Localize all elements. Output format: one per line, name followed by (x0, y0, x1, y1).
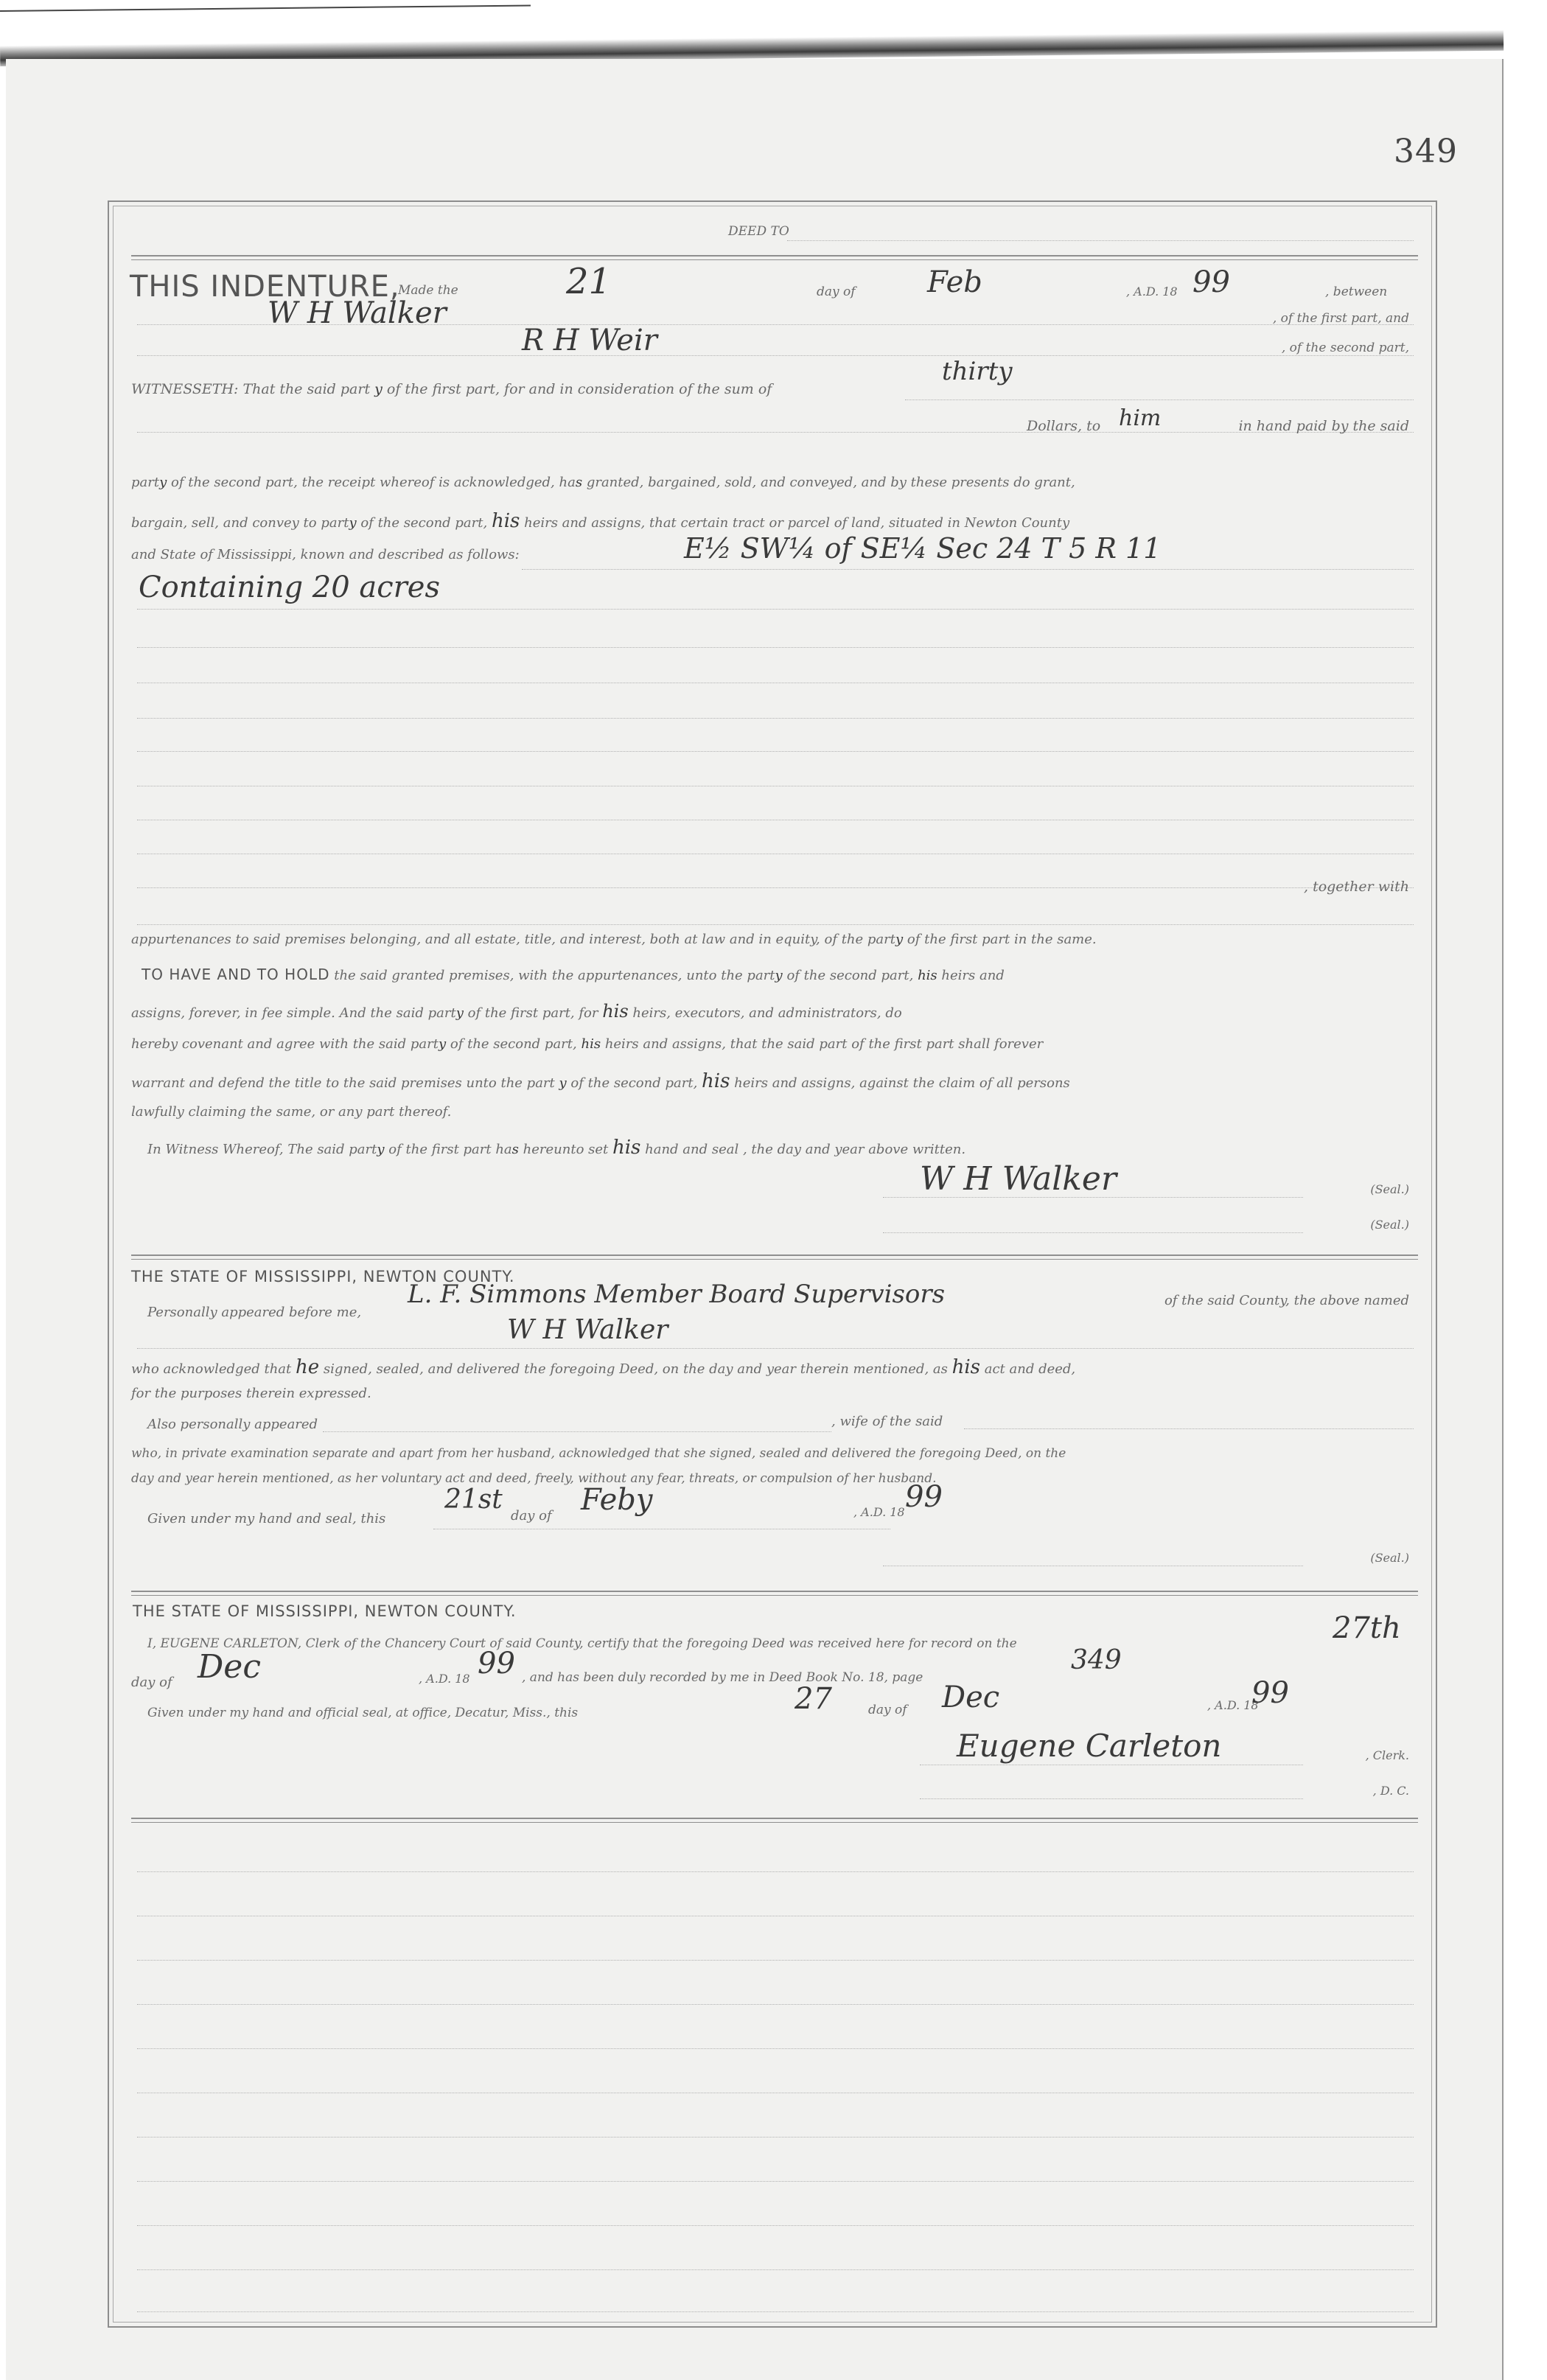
wife-of-label: , wife of the said (831, 1414, 943, 1429)
description-line-1 (522, 569, 1414, 570)
acknowledged-mid: signed, sealed, and delivered the forego… (324, 1361, 948, 1377)
assigns-mid: of the first part, for (468, 1005, 598, 1021)
wife-of-line (964, 1428, 1414, 1429)
dc-label: , D. C. (1373, 1784, 1409, 1798)
cert-given-day-field: 27 (795, 1682, 832, 1716)
line3-suffix: granted, bargained, sold, and conveyed, … (587, 475, 1030, 490)
certificate-rule (131, 1591, 1418, 1596)
acknowledgment-rule (131, 1254, 1418, 1260)
cert-ad-label: , A.D. 18 (419, 1672, 470, 1686)
land-description-field: E½ SW¼ of SE¼ Sec 24 T 5 R 11 (684, 532, 1161, 565)
day-of-label: day of (817, 285, 856, 299)
bottom-rule (131, 1818, 1418, 1823)
day-field: 21 (566, 261, 611, 302)
witnesseth-prefix: WITNESSETH: That the said part (131, 381, 370, 397)
acknowledged-prefix: who acknowledged that (131, 1361, 291, 1377)
blank-line-11 (137, 2311, 1414, 2312)
witnesseth-line-4: bargain, sell, and convey to party of th… (131, 510, 1069, 532)
received-day-field: 27th (1333, 1611, 1401, 1645)
description-line-10 (137, 887, 1414, 888)
line4-his-field: his (492, 510, 520, 532)
known-described-label: and State of Mississippi, known and desc… (131, 547, 520, 562)
grantor-signature: W H Walker (920, 1160, 1117, 1198)
description-line-4 (137, 683, 1414, 683)
also-appeared-line (323, 1431, 831, 1432)
acknowledged-he-field: he (296, 1356, 319, 1378)
assigns-part-field: y (456, 1005, 464, 1021)
deed-book-page-field: 349 (1071, 1645, 1122, 1675)
cert-given-day-of-label: day of (868, 1703, 907, 1717)
witness-his-field: his (612, 1137, 640, 1159)
line4-prefix: bargain, sell, and convey to part (131, 515, 349, 531)
clerk-signature: Eugene Carleton (957, 1728, 1221, 1764)
witnesseth-line-3: party of the second part, the receipt wh… (131, 475, 1075, 490)
acknowledged-end: act and deed, (985, 1361, 1075, 1377)
covenant-end: heirs and assigns, that the said part (605, 1036, 848, 1052)
blank-line-5 (137, 2048, 1414, 2049)
dollars-label: Dollars, to (1027, 418, 1100, 434)
warrant-end: heirs and assigns, against the claim of … (734, 1075, 1070, 1091)
second-party-field: R H Weir (522, 324, 657, 357)
lawfully-line: lawfully claiming the same, or any part … (131, 1104, 451, 1120)
description-line-7 (137, 786, 1414, 786)
year-field: 99 (1192, 265, 1230, 299)
clerk-label: , Clerk. (1366, 1748, 1409, 1762)
scan-edge-line (0, 4, 531, 12)
signature-line-2 (883, 1232, 1303, 1233)
to-have-label: TO HAVE AND TO HOLD (142, 966, 329, 983)
line3-end: grant, (1034, 475, 1075, 490)
sum-field: thirty (942, 357, 1013, 386)
deed-form-frame: DEED TO THIS INDENTURE, Made the 21 day … (108, 200, 1437, 2328)
covenant-his-field: his (581, 1036, 601, 1052)
containing-field: Containing 20 acres (139, 570, 440, 604)
witnesseth-suffix: of the first part, for and in considerat… (387, 381, 772, 397)
covenant-line: hereby covenant and agree with the said … (131, 1036, 1043, 1052)
cert-given-month-field: Dec (942, 1681, 999, 1714)
witnesseth-line-1: WITNESSETH: That the said part y of the … (131, 381, 772, 397)
made-the-label: Made the (398, 283, 458, 298)
witness-end: hand and seal , the day and year above w… (645, 1142, 965, 1157)
covenant-part-field: y (439, 1036, 446, 1052)
signature-line-1 (883, 1197, 1303, 1198)
page-number: 349 (1394, 133, 1458, 170)
line3-text: of the second part, the receipt whereof … (171, 475, 576, 490)
acknowledged-line: who acknowledged that he signed, sealed,… (131, 1356, 1075, 1378)
assigns-his-field: his (602, 1001, 628, 1022)
warrant-text: warrant and defend the title to the said… (131, 1075, 555, 1091)
received-month-field: Dec (198, 1648, 261, 1686)
ack-given-label: Given under my hand and seal, this (147, 1511, 385, 1526)
also-appeared-label: Also personally appeared (147, 1417, 318, 1432)
to-have-part-field: y (775, 968, 783, 983)
to-field: him (1119, 405, 1161, 431)
description-line-3 (137, 647, 1414, 648)
cert-day-of-label: day of (131, 1675, 172, 1690)
description-line-5 (137, 718, 1414, 719)
first-part-label: , of the first part, and (1273, 311, 1409, 326)
first-party-field: W H Walker (268, 296, 447, 330)
line3-ha-field: s (576, 475, 582, 490)
month-field: Feb (927, 265, 982, 299)
assigns-line: assigns, forever, in fee simple. And the… (131, 1001, 902, 1022)
ack-given-day-of-label: day of (511, 1508, 552, 1524)
witness-mid: of the first part ha (388, 1142, 511, 1157)
blank-line-10 (137, 2269, 1414, 2270)
cert-given-year-field: 99 (1251, 1676, 1289, 1710)
blank-line-3 (137, 1960, 1414, 1961)
cert-given-label: Given under my hand and official seal, a… (147, 1706, 578, 1720)
ack-given-line (433, 1529, 890, 1529)
seal-label-2: (Seal.) (1370, 1218, 1409, 1232)
to-have-end: heirs and (941, 968, 1004, 983)
ack-seal-line (883, 1566, 1303, 1566)
second-party-line (137, 355, 1414, 356)
ack-given-day-field: 21st (444, 1484, 503, 1515)
together-with-label: , together with (1304, 879, 1409, 895)
covenant-tail: of the first part shall forever (851, 1036, 1043, 1052)
official-field: L. F. Simmons Member Board Supervisors (408, 1280, 945, 1309)
warrant-part-field: y (559, 1075, 567, 1091)
certificate-heading: THE STATE OF MISSISSIPPI, NEWTON COUNTY. (133, 1602, 517, 1620)
grantor-line (137, 1348, 1414, 1349)
acknowledged-his-field: his (952, 1356, 980, 1378)
blank-line-4 (137, 2004, 1414, 2005)
blank-line-9 (137, 2225, 1414, 2226)
county-suffix-label: of the said County, the above named (1164, 1293, 1409, 1308)
witness-prefix: In Witness Whereof, The said part (147, 1142, 377, 1157)
deed-to-line (787, 240, 1414, 241)
witness-mid2: hereunto set (523, 1142, 609, 1157)
recorded-text: , and has been duly recorded by me in De… (522, 1670, 923, 1685)
appurtenances-line: appurtenances to said premises belonging… (131, 932, 1097, 947)
description-line-2 (137, 609, 1414, 610)
part-suffix-field: y (374, 381, 383, 397)
first-party-line (137, 324, 1414, 325)
together-line (137, 924, 1414, 925)
assigns-text: assigns, forever, in fee simple. And the… (131, 1005, 456, 1021)
covenant-text: hereby covenant and agree with the said … (131, 1036, 439, 1052)
appurtenances-part-field: y (895, 932, 903, 947)
appeared-label: Personally appeared before me, (147, 1305, 361, 1320)
in-hand-label: in hand paid by the said (1238, 418, 1409, 434)
blank-line-6 (137, 2093, 1414, 2093)
private-examination-line: who, in private examination separate and… (131, 1446, 1066, 1461)
purposes-line: for the purposes therein expressed. (131, 1386, 371, 1401)
line4-mid: of the second part, (360, 515, 487, 531)
line4-suffix: heirs and assigns, that certain tract or… (524, 515, 1069, 531)
to-have-his-field: his (918, 968, 937, 983)
ack-seal-label: (Seal.) (1370, 1551, 1409, 1565)
line3-prefix: part (131, 475, 159, 490)
description-line-6 (137, 751, 1414, 752)
witness-whereof-line: In Witness Whereof, The said party of th… (147, 1137, 965, 1159)
between-label: , between (1325, 285, 1387, 299)
description-line-8 (137, 820, 1414, 820)
dc-line (920, 1798, 1303, 1799)
description-line-9 (137, 854, 1414, 854)
to-have-line: TO HAVE AND TO HOLD the said granted pre… (142, 966, 1005, 983)
blank-line-7 (137, 2137, 1414, 2138)
sum-line-2 (137, 432, 1414, 433)
received-year-field: 99 (478, 1647, 515, 1681)
sum-line (905, 399, 1414, 400)
assigns-end: heirs, executors, and administrators, do (632, 1005, 901, 1021)
deed-to-label: DEED TO (728, 224, 789, 239)
clerk-certify-line: I, EUGENE CARLETON, Clerk of the Chancer… (147, 1636, 1017, 1651)
appurtenances-suffix: of the first part in the same. (907, 932, 1097, 947)
to-have-mid: of the second part, (786, 968, 913, 983)
seal-label-1: (Seal.) (1370, 1182, 1409, 1196)
warrant-mid: of the second part, (570, 1075, 697, 1091)
clerk-signature-line (920, 1765, 1303, 1765)
line3-part-field: y (159, 475, 167, 490)
header-rule (131, 255, 1418, 260)
deed-record-page: 349 DEED TO THIS INDENTURE, Made the 21 … (6, 59, 1504, 2380)
warrant-his-field: his (702, 1070, 730, 1092)
covenant-mid: of the second part, (450, 1036, 577, 1052)
ad-label: , A.D. 18 (1126, 285, 1178, 299)
appurtenances-text: appurtenances to said premises belonging… (131, 932, 895, 947)
line4-part-field: y (349, 515, 356, 531)
second-part-label: , of the second part, (1282, 341, 1409, 355)
blank-line-2 (137, 1916, 1414, 1916)
blank-line-1 (137, 1871, 1414, 1872)
ack-given-ad-label: , A.D. 18 (853, 1505, 905, 1519)
warrant-line: warrant and defend the title to the said… (131, 1070, 1070, 1092)
witness-part-field: y (377, 1142, 384, 1157)
to-have-text: the said granted premises, with the appu… (334, 968, 775, 983)
grantor-field: W H Walker (507, 1315, 668, 1345)
ack-given-year-field: 99 (905, 1480, 943, 1514)
blank-line-8 (137, 2181, 1414, 2182)
witness-ha-field: s (512, 1142, 519, 1157)
ack-given-month-field: Feby (581, 1483, 652, 1517)
voluntary-act-line: day and year herein mentioned, as her vo… (131, 1471, 937, 1486)
